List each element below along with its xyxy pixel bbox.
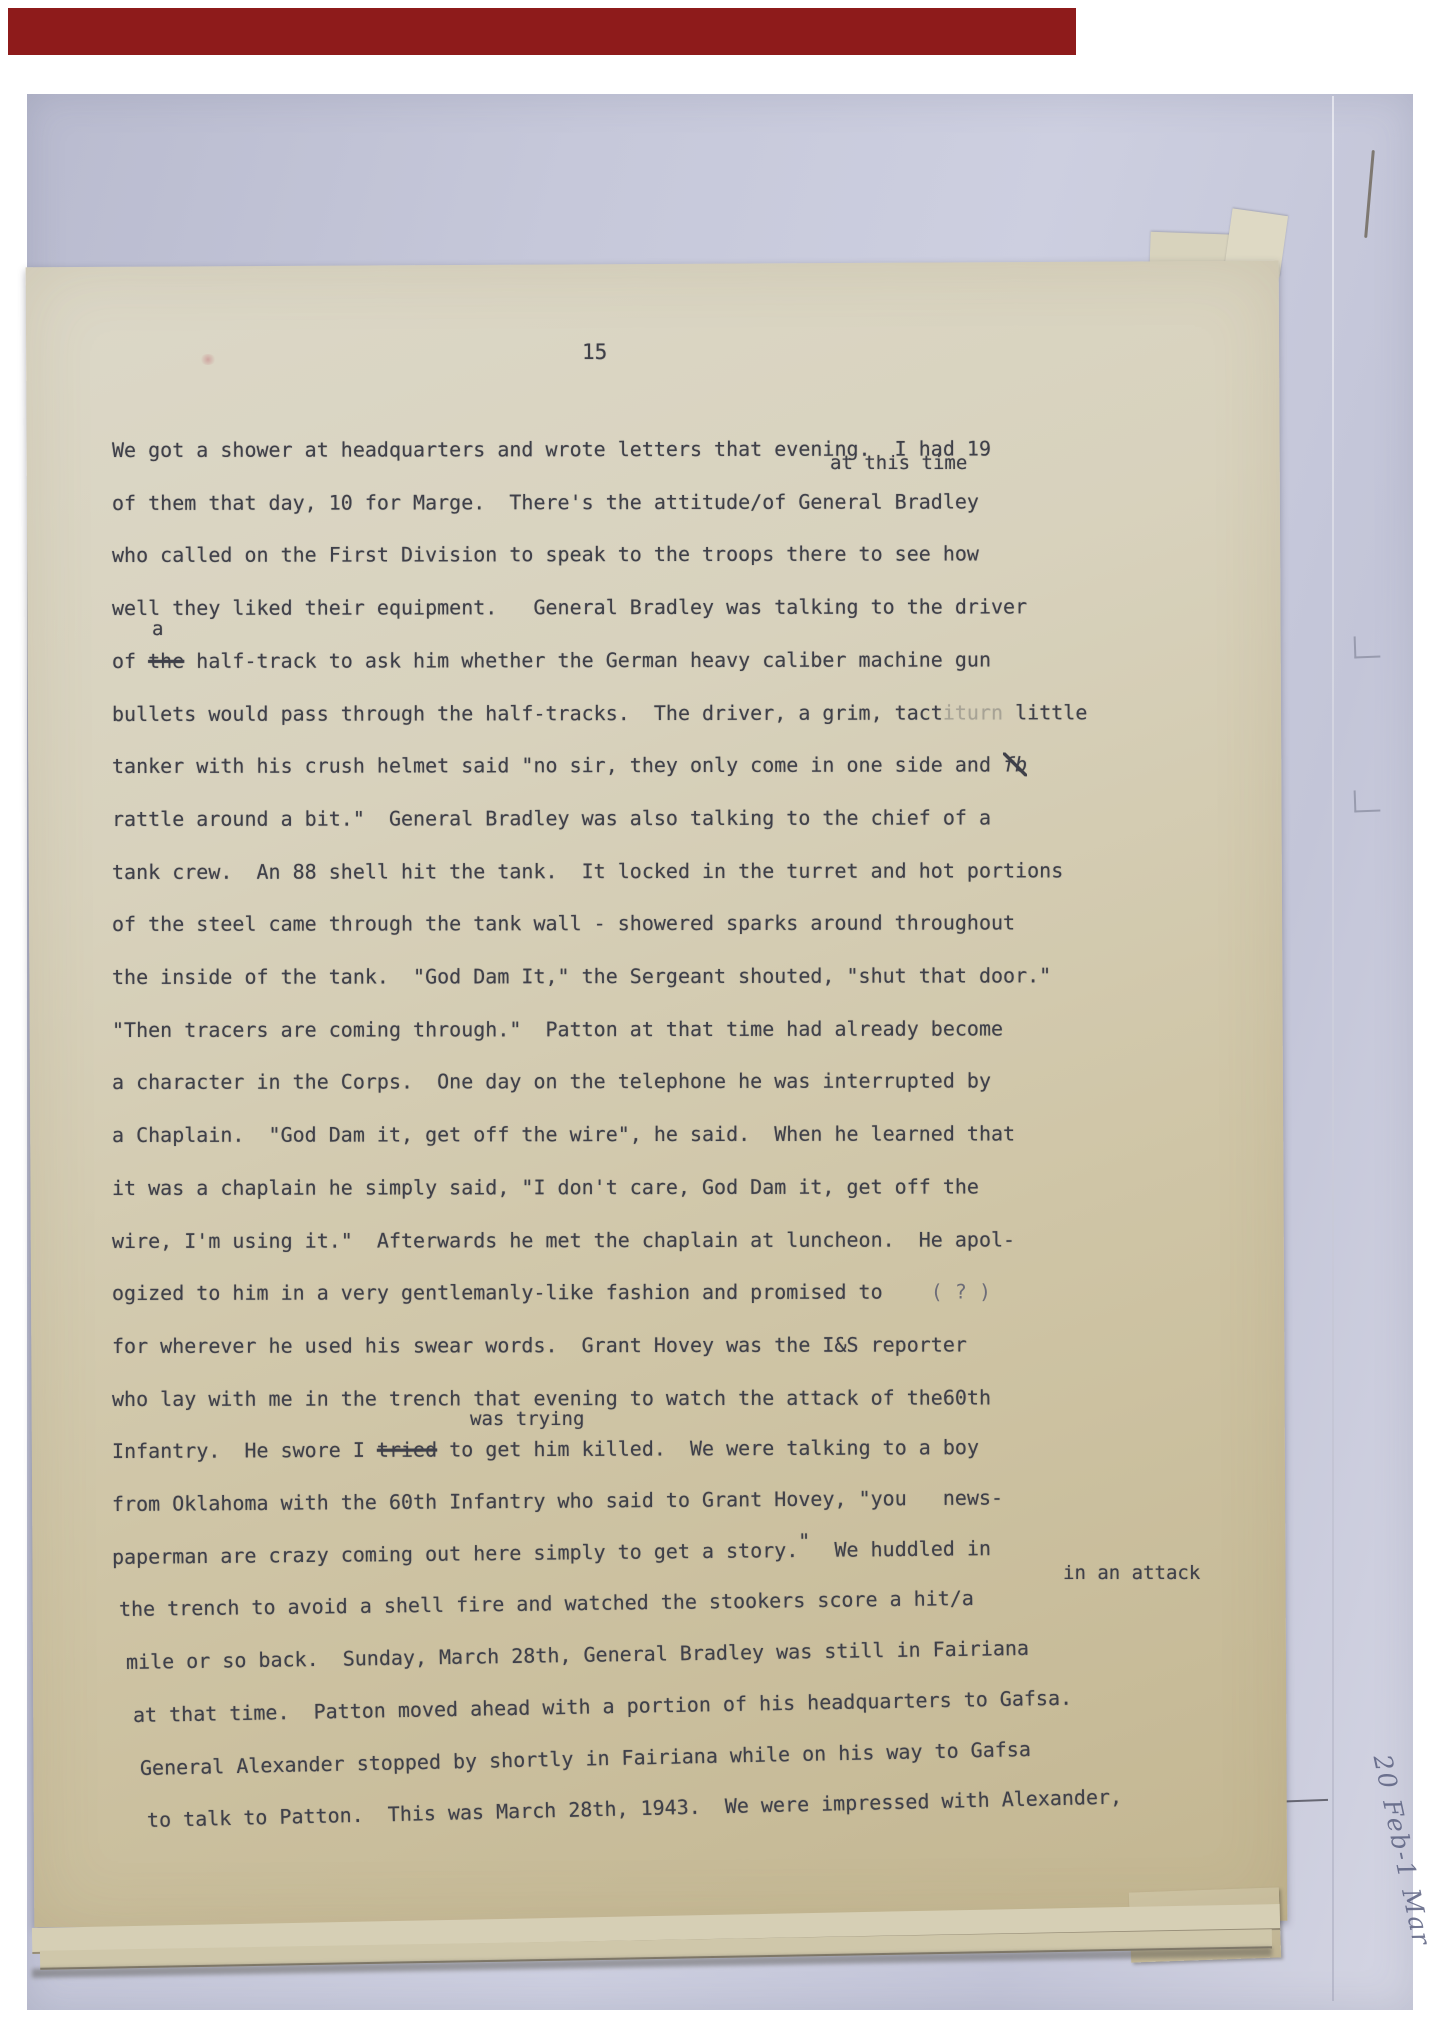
typed-line: of the half-track to ask him whether the… xyxy=(112,647,991,673)
typed-line: to talk to Patton. This was March 28th, … xyxy=(147,1785,1123,1832)
typed-line: for wherever he used his swear words. Gr… xyxy=(112,1332,967,1357)
typed-line: well they liked their equipment. General… xyxy=(112,594,1027,620)
typed-line: a Chaplain. "God Dam it, get off the wir… xyxy=(112,1122,1015,1148)
typed-line: of the steel came through the tank wall … xyxy=(112,911,1015,937)
typed-line: of them that day, 10 for Marge. There's … xyxy=(112,489,979,515)
typed-line: who called on the First Division to spea… xyxy=(112,542,979,568)
typed-insertion: a xyxy=(152,618,163,640)
page-number: 15 xyxy=(582,340,607,364)
typed-line: who lay with me in the trench that eveni… xyxy=(112,1385,991,1411)
typed-line: rattle around a bit." General Bradley wa… xyxy=(112,805,991,831)
typed-line: tanker with his crush helmet said "no si… xyxy=(112,753,1027,779)
typed-line: ogized to him in a very gentlemanly-like… xyxy=(112,1280,991,1306)
typed-line: it was a chaplain he simply said, "I don… xyxy=(112,1174,979,1200)
typed-line: tank crew. An 88 shell hit the tank. It … xyxy=(112,858,1063,884)
typed-line: mile or so back. Sunday, March 28th, Gen… xyxy=(126,1636,1029,1674)
typed-line: from Oklahoma with the 60th Infantry who… xyxy=(112,1485,1003,1516)
typed-line: the trench to avoid a shell fire and wat… xyxy=(119,1586,974,1621)
typed-line: a character in the Corps. One day on the… xyxy=(112,1069,991,1095)
typed-insertion: at this time xyxy=(830,452,967,474)
text-layer: 15 We got a shower at headquarters and w… xyxy=(0,0,1440,2038)
typed-insertion: in an attack xyxy=(1063,1562,1200,1584)
typed-line: General Alexander stopped by shortly in … xyxy=(140,1737,1031,1780)
scanned-document-photo: 15 We got a shower at headquarters and w… xyxy=(0,0,1440,2038)
typed-line: bullets would pass through the half-trac… xyxy=(112,700,1087,726)
typed-line: paperman are crazy coming out here simpl… xyxy=(112,1536,991,1569)
typed-line: the inside of the tank. "God Dam It," th… xyxy=(112,963,1051,989)
typed-line: "Then tracers are coming through." Patto… xyxy=(112,1016,1003,1042)
typed-line: at that time. Patton moved ahead with a … xyxy=(133,1685,1072,1726)
typed-line: Infantry. He swore I tried to get him ki… xyxy=(112,1435,979,1463)
typed-line: wire, I'm using it." Afterwards he met t… xyxy=(112,1227,1015,1253)
typed-insertion: was trying xyxy=(470,1408,584,1430)
